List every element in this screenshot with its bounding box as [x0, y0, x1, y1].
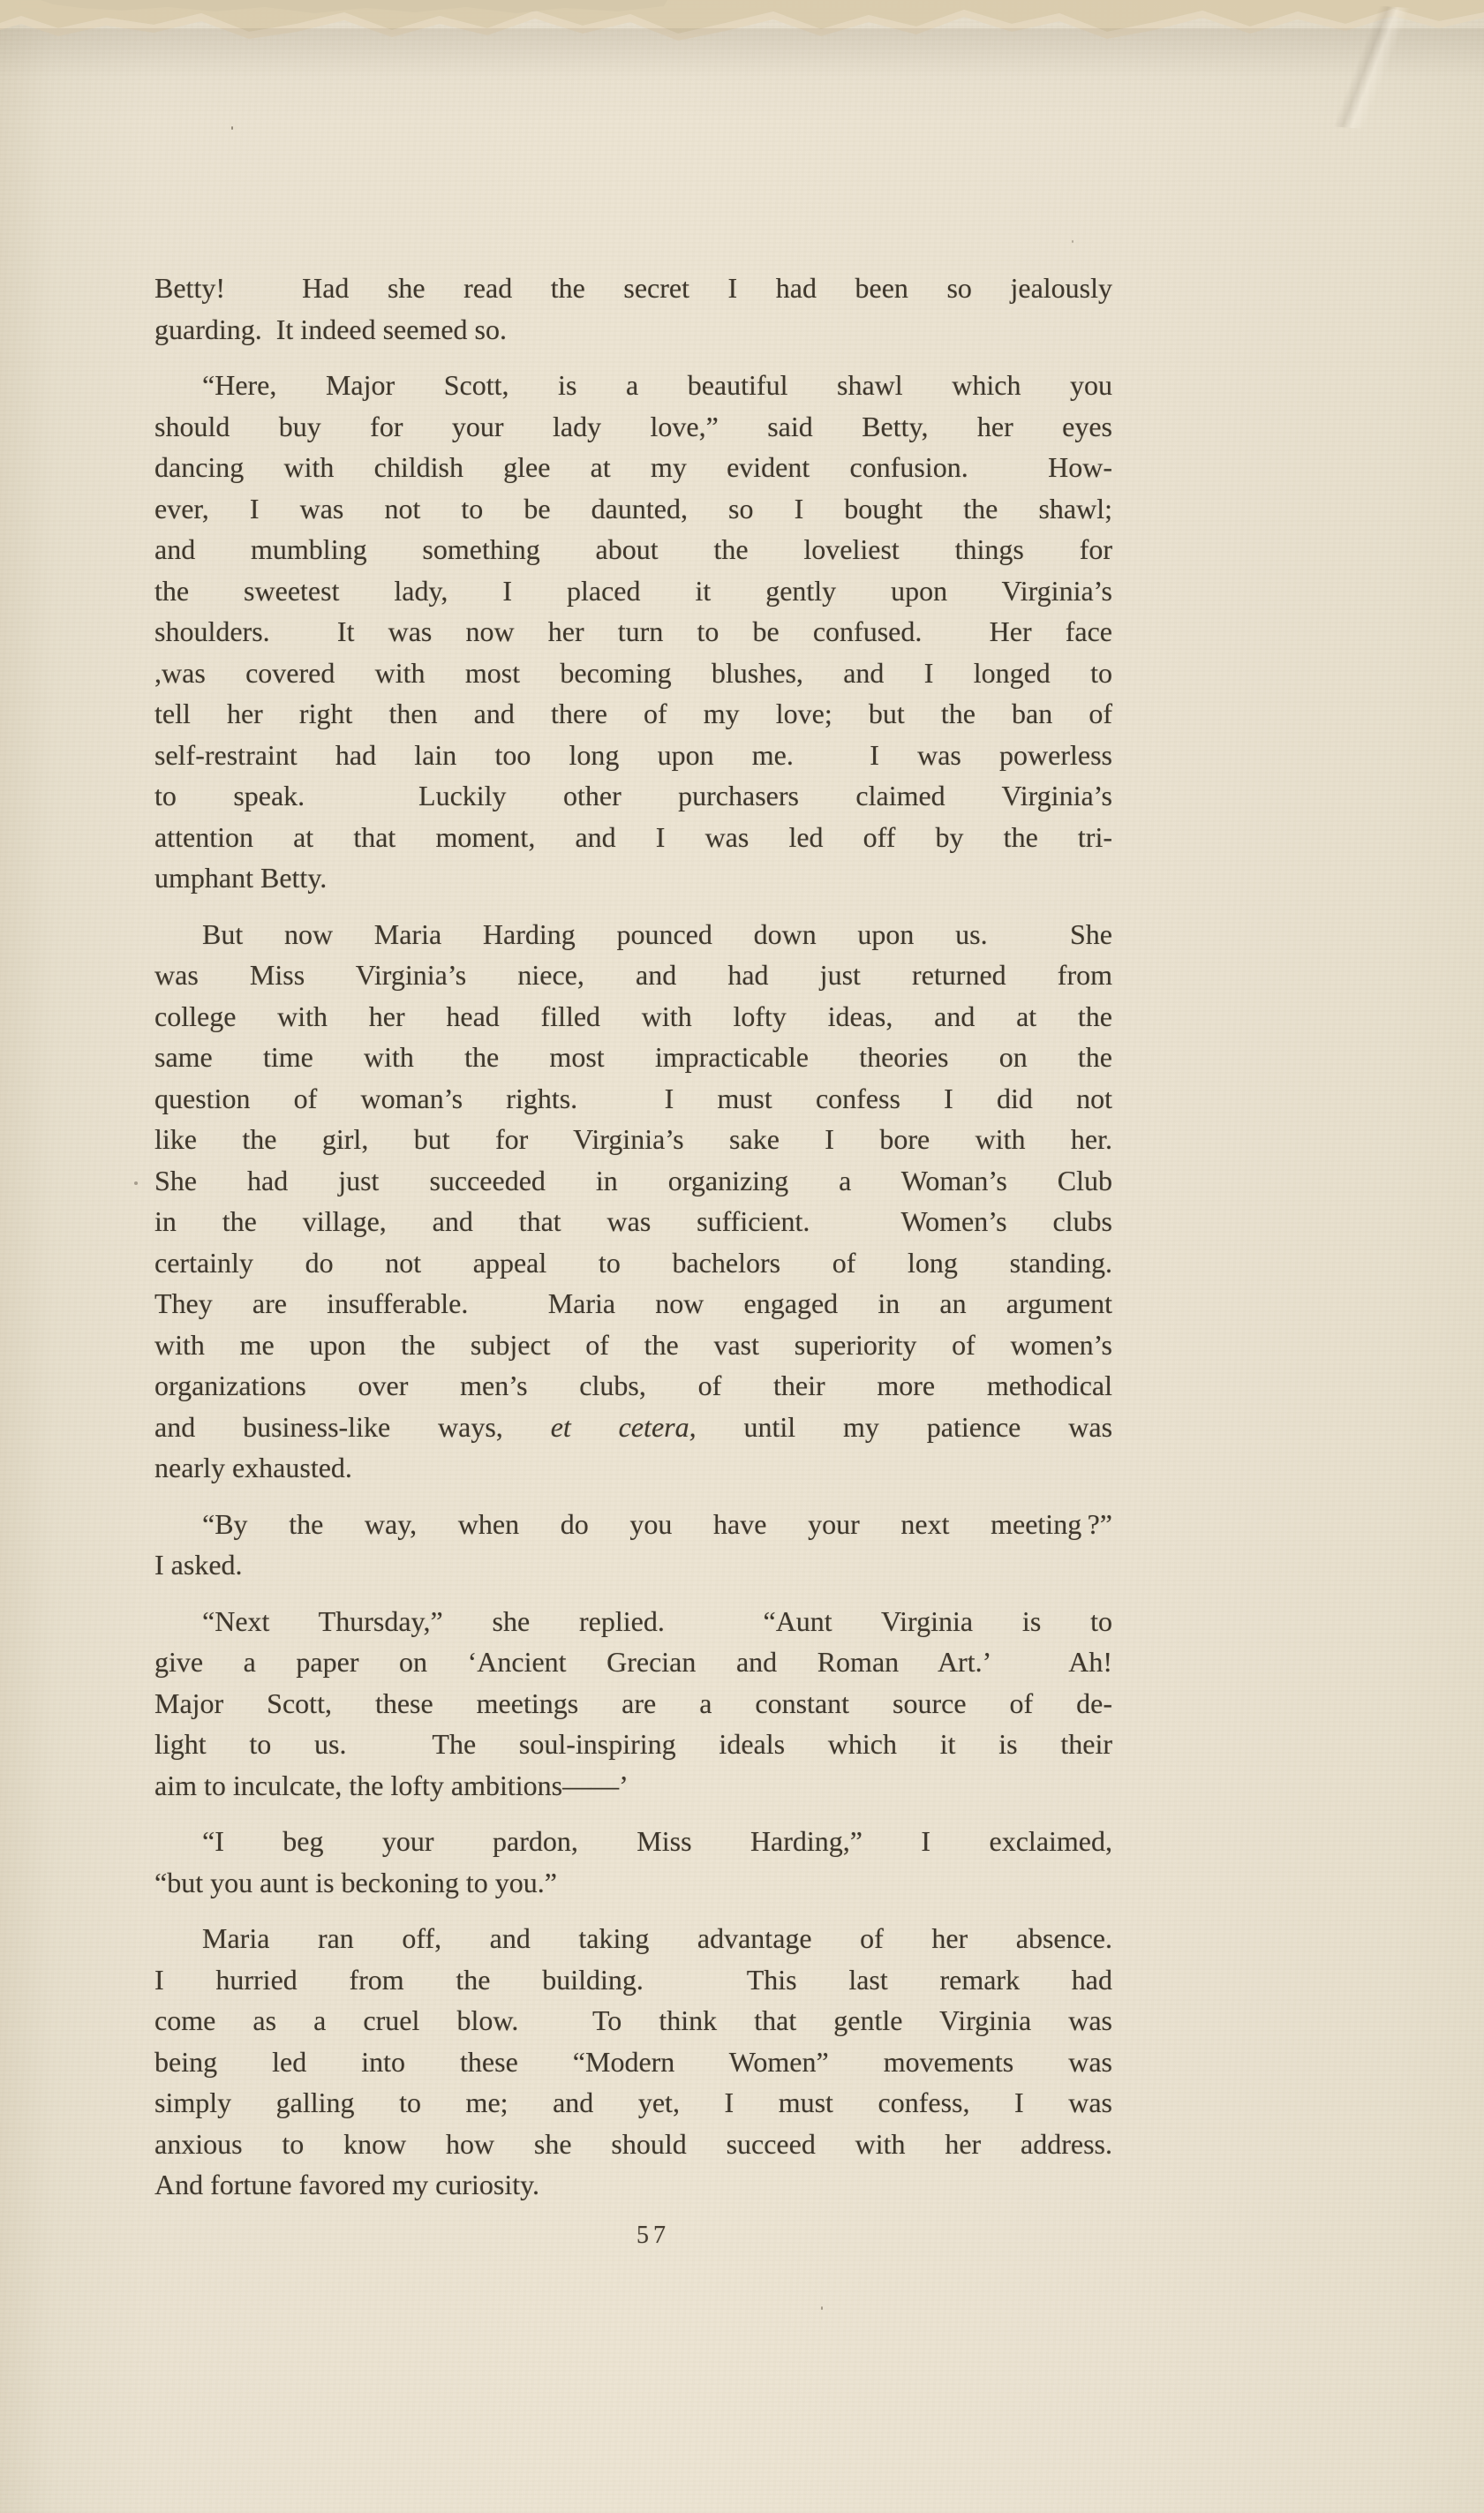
- text-line: “Next Thursday,” she replied. “Aunt Virg…: [154, 1601, 1112, 1642]
- text-line: anxious to know how she should succeed w…: [154, 2124, 1112, 2165]
- text-line: same time with the most impracticable th…: [154, 1037, 1112, 1078]
- text-line: Maria ran off, and taking advantage of h…: [154, 1918, 1112, 1959]
- text-line: But now Maria Harding pounced down upon …: [154, 914, 1112, 955]
- text-line: certainly do not appeal to bachelors of …: [154, 1242, 1112, 1284]
- text-line: simply galling to me; and yet, I must co…: [154, 2082, 1112, 2124]
- ink-speck: [231, 126, 233, 130]
- text-line: question of woman’s rights. I must confe…: [154, 1078, 1112, 1120]
- text-block: Betty! Had she read the secret I had bee…: [154, 268, 1112, 2206]
- text-line: “but you aunt is beckoning to you.”: [154, 1862, 1112, 1904]
- ink-speck: [1072, 240, 1073, 243]
- text-line: tell her right then and there of my love…: [154, 693, 1112, 735]
- text-line: “I beg your pardon, Miss Harding,” I exc…: [154, 1821, 1112, 1862]
- book-page: Betty! Had she read the secret I had bee…: [0, 0, 1484, 2513]
- text-line: ever, I was not to be daunted, so I boug…: [154, 488, 1112, 530]
- text-line: being led into these “Modern Women” move…: [154, 2041, 1112, 2083]
- text-line: Betty! Had she read the secret I had bee…: [154, 268, 1112, 309]
- text-line: was Miss Virginia’s niece, and had just …: [154, 955, 1112, 996]
- ink-speck: [134, 1181, 138, 1185]
- text-line: dancing with childish glee at my evident…: [154, 447, 1112, 488]
- text-line: come as a cruel blow. To think that gent…: [154, 2000, 1112, 2041]
- text-line: like the girl, but for Virginia’s sake I…: [154, 1119, 1112, 1160]
- text-line: and business-like ways, et cetera, until…: [154, 1407, 1112, 1448]
- text-line: ,was covered with most becoming blushes,…: [154, 653, 1112, 694]
- text-line: I hurried from the building. This last r…: [154, 1959, 1112, 2001]
- text-line: and mumbling something about the lovelie…: [154, 529, 1112, 570]
- paragraph: Betty! Had she read the secret I had bee…: [154, 268, 1112, 350]
- italic-text: et cetera,: [551, 1411, 697, 1443]
- paragraph: But now Maria Harding pounced down upon …: [154, 914, 1112, 1489]
- text-line: organizations over men’s clubs, of their…: [154, 1365, 1112, 1407]
- text-line: “By the way, when do you have your next …: [154, 1504, 1112, 1545]
- ink-speck: [821, 2306, 823, 2310]
- text-line: attention at that moment, and I was led …: [154, 817, 1112, 858]
- paragraph: “By the way, when do you have your next …: [154, 1504, 1112, 1586]
- text-line: the sweetest lady, I placed it gently up…: [154, 570, 1112, 612]
- text-segment: and business-like ways,: [154, 1411, 551, 1443]
- text-line: should buy for your lady love,” said Bet…: [154, 406, 1112, 448]
- text-line: light to us. The soul-inspiring ideals w…: [154, 1724, 1112, 1765]
- text-line: I asked.: [154, 1544, 1112, 1586]
- paragraph: Maria ran off, and taking advantage of h…: [154, 1918, 1112, 2206]
- paragraph: “Here, Major Scott, is a beautiful shawl…: [154, 365, 1112, 899]
- paragraph: “Next Thursday,” she replied. “Aunt Virg…: [154, 1601, 1112, 1807]
- page-number: 57: [154, 2222, 1152, 2250]
- text-line: She had just succeeded in organizing a W…: [154, 1160, 1112, 1202]
- paragraph: “I beg your pardon, Miss Harding,” I exc…: [154, 1821, 1112, 1903]
- text-line: And fortune favored my curiosity.: [154, 2164, 1112, 2206]
- text-line: guarding. It indeed seemed so.: [154, 309, 1112, 351]
- text-line: give a paper on ‘Ancient Grecian and Rom…: [154, 1641, 1112, 1683]
- text-line: “Here, Major Scott, is a beautiful shawl…: [154, 365, 1112, 406]
- text-line: to speak. Luckily other purchasers claim…: [154, 775, 1112, 817]
- text-line: They are insufferable. Maria now engaged…: [154, 1283, 1112, 1324]
- text-line: shoulders. It was now her turn to be con…: [154, 611, 1112, 653]
- text-line: with me upon the subject of the vast sup…: [154, 1324, 1112, 1366]
- text-line: umphant Betty.: [154, 857, 1112, 899]
- text-line: aim to inculcate, the lofty ambitions——’: [154, 1765, 1112, 1807]
- torn-paper-edge: [0, 0, 1484, 64]
- text-line: Major Scott, these meetings are a consta…: [154, 1683, 1112, 1724]
- text-line: self-restraint had lain too long upon me…: [154, 735, 1112, 776]
- text-line: college with her head filled with lofty …: [154, 996, 1112, 1038]
- text-line: in the village, and that was sufficient.…: [154, 1201, 1112, 1242]
- text-line: nearly exhausted.: [154, 1447, 1112, 1489]
- text-segment: until my patience was: [697, 1411, 1112, 1443]
